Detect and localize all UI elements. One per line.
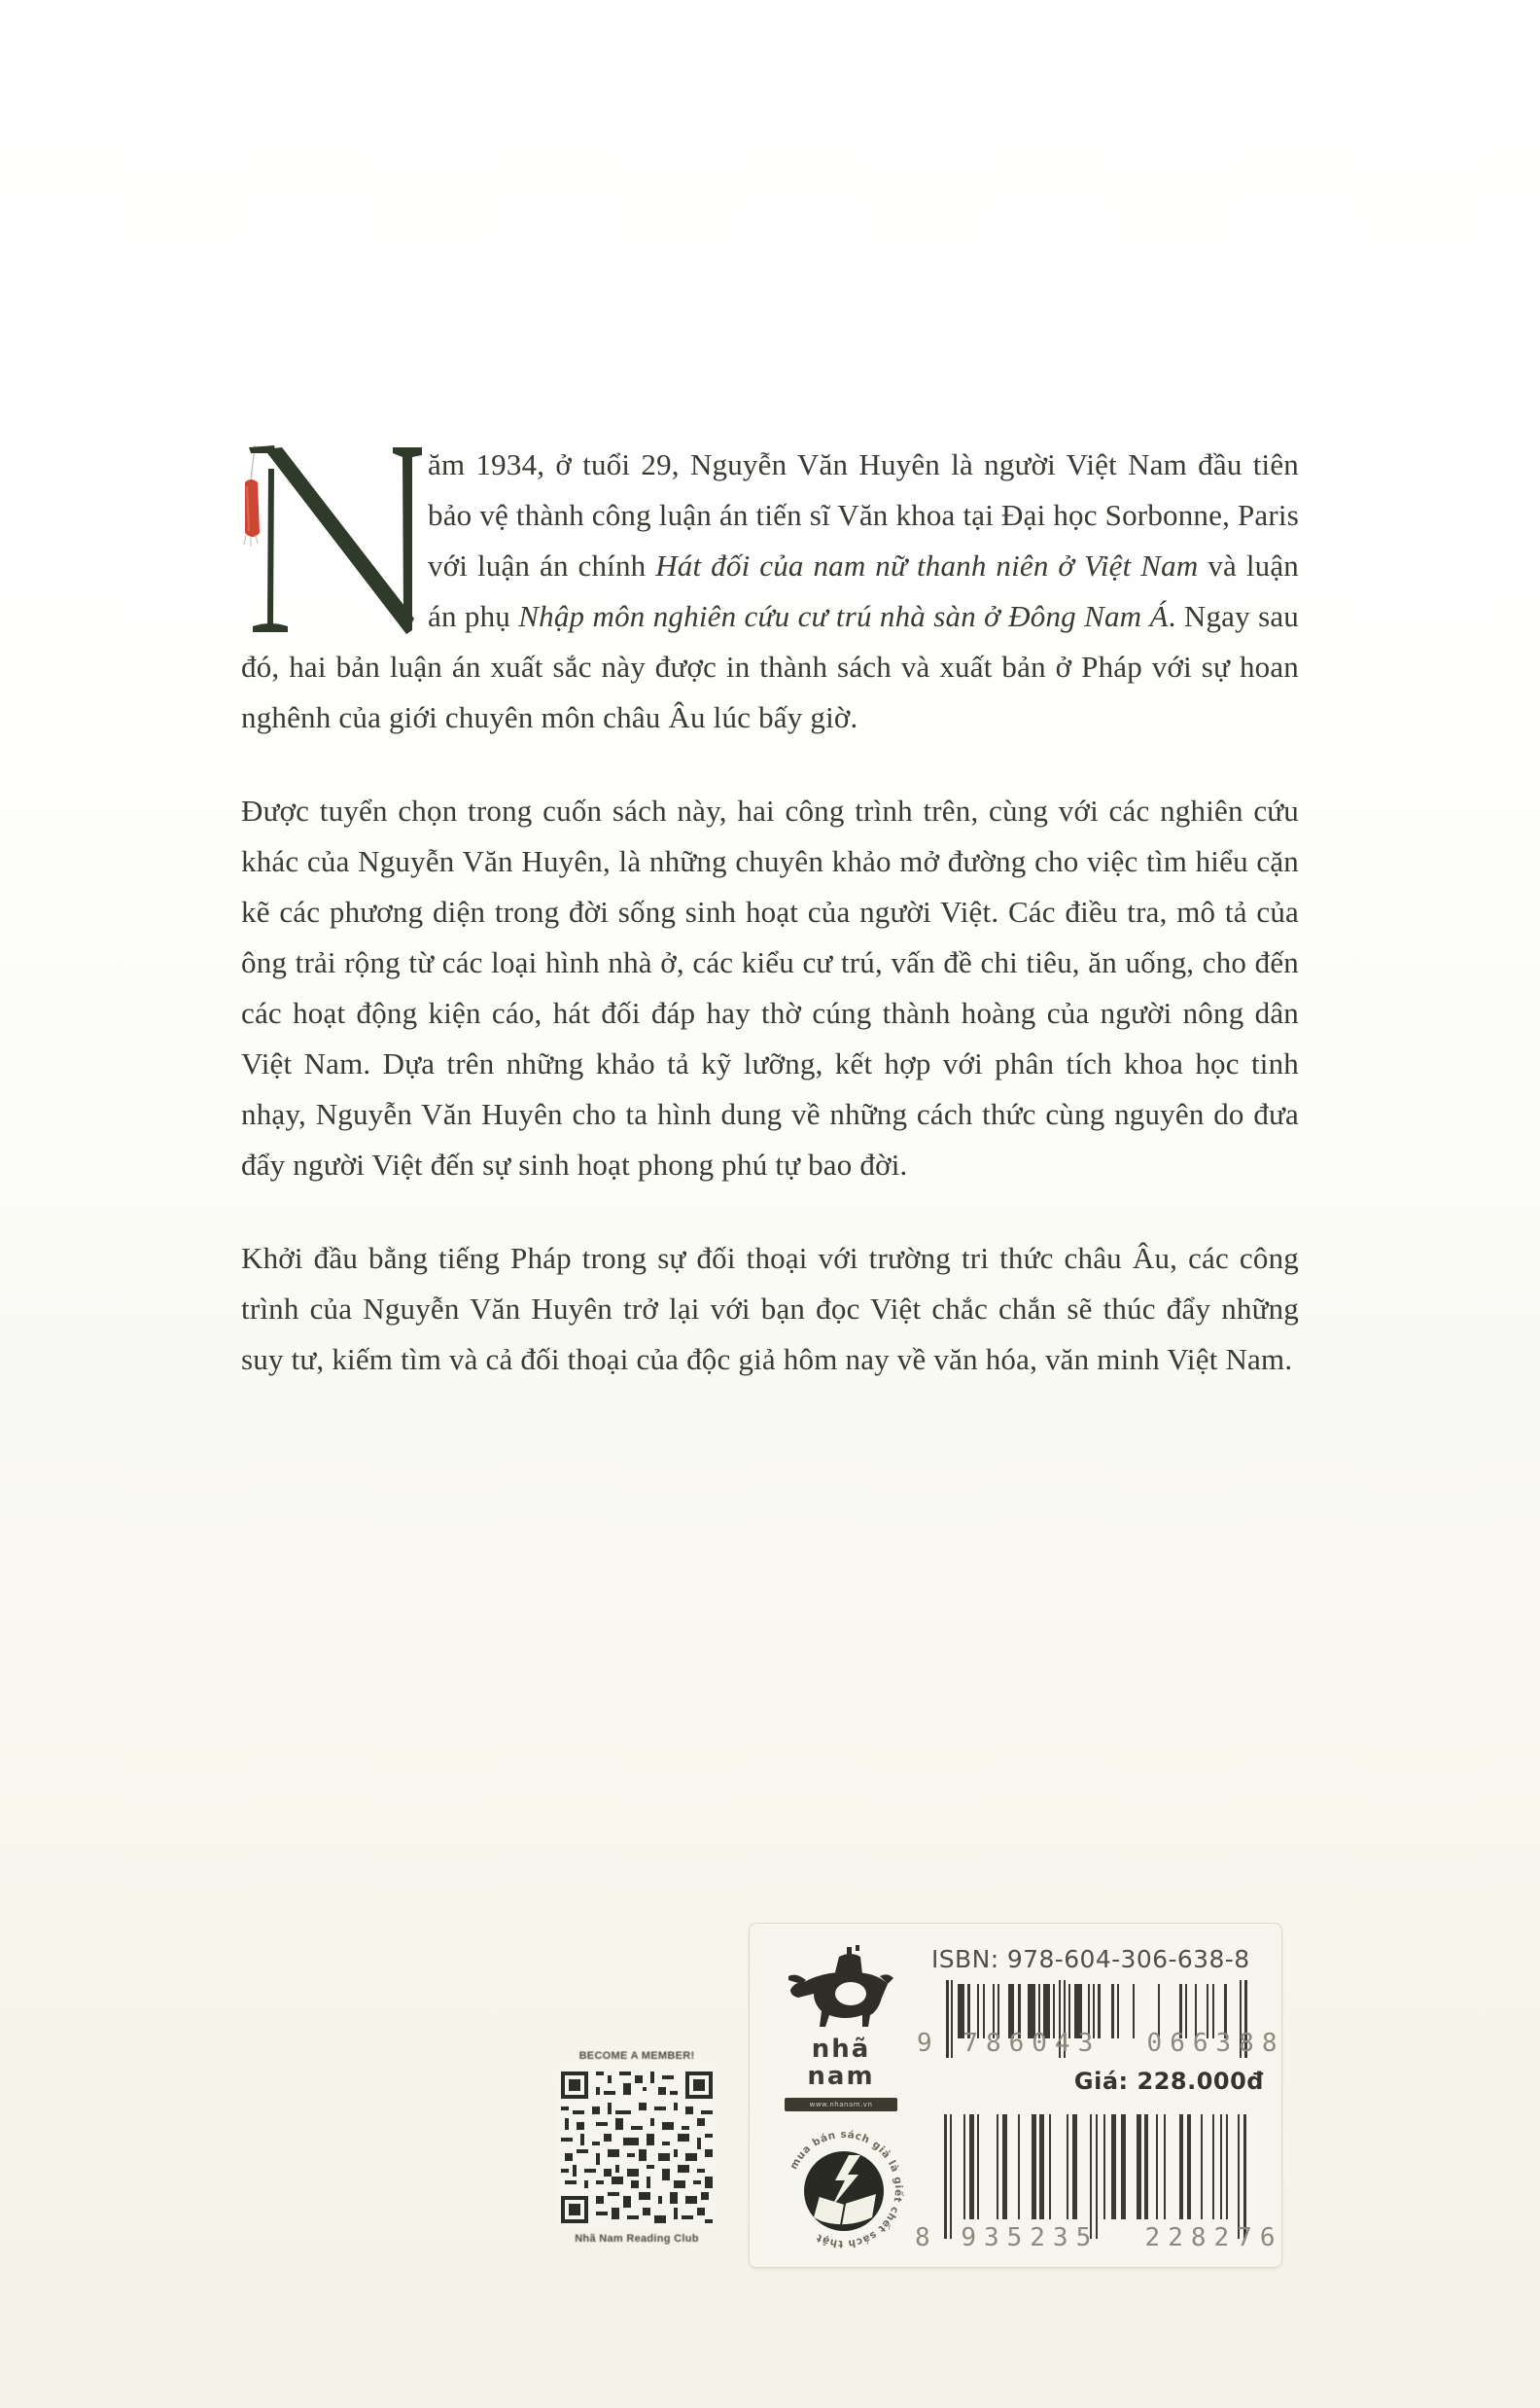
- isbn-text: ISBN: 978-604-306-638-8: [931, 1945, 1250, 1973]
- back-cover-blurb: N: [241, 440, 1299, 1385]
- red-lantern-icon: [244, 445, 260, 547]
- drop-cap: N: [241, 443, 422, 638]
- publisher-wordmark: nhã nam: [779, 2036, 903, 2090]
- buffalo-rider-logo-icon: [787, 1943, 895, 2029]
- ean-barcode-icon: [930, 2114, 1261, 2241]
- paragraph-1: N: [241, 440, 1299, 743]
- price-label: Giá: 228.000đ: [1074, 2068, 1264, 2095]
- isbn-price-label: nhã nam www.nhanam.vn mua bán sách giả l…: [749, 1923, 1282, 2268]
- paragraph-2: Được tuyển chọn trong cuốn sách này, hai…: [241, 786, 1299, 1190]
- publisher-url-bar: www.nhanam.vn: [785, 2098, 897, 2111]
- qr-code-icon[interactable]: [557, 2068, 717, 2227]
- ean-barcode-digits: 8 935235 228276: [915, 2223, 1282, 2252]
- paragraph-3: Khởi đầu bằng tiếng Pháp trong sự đối th…: [241, 1233, 1299, 1385]
- qr-top-label: BECOME A MEMBER!: [544, 2050, 729, 2062]
- isbn-barcode-digits: 9 786043 066388: [917, 2029, 1284, 2058]
- thesis-title-secondary: Nhập môn nghiên cứu cư trú nhà sàn ở Đôn…: [518, 599, 1168, 633]
- lightning-book-seal-icon: mua bán sách giả là giết chết sách thật: [771, 2116, 917, 2262]
- reading-club-qr-block: BECOME A MEMBER!: [544, 2050, 729, 2245]
- drop-cap-n-icon: [241, 443, 422, 638]
- thesis-title-main: Hát đối của nam nữ thanh niên ở Việt Nam: [655, 549, 1198, 583]
- qr-bottom-label: Nhã Nam Reading Club: [544, 2233, 729, 2245]
- publisher-logo: nhã nam www.nhanam.vn: [779, 1943, 903, 2111]
